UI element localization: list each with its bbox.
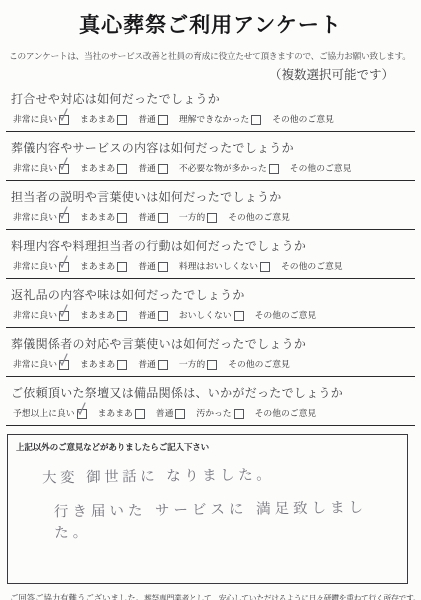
checkbox[interactable] <box>59 262 69 272</box>
divider <box>6 327 415 328</box>
checkbox[interactable] <box>158 115 168 125</box>
check-mark-icon <box>58 108 69 121</box>
check-mark-icon <box>58 353 69 366</box>
option-label: まあまあ <box>80 308 115 321</box>
divider <box>6 180 415 181</box>
other-opinion-label: その他のご意見 <box>255 308 317 321</box>
footer-company-note: 葬祭専門業者として、安心していただけるように日々研鑽を重ねて行く所存です。 <box>144 592 420 600</box>
footer-thanks-text: ご回答ご協力有難うございました。 <box>10 592 144 600</box>
check-mark-icon <box>76 402 87 415</box>
question-block-2: 葬儀内容やサービスの内容は如何だったでしょうか 非常に良い まあまあ 普通 不必… <box>9 139 412 181</box>
options-row: 非常に良い まあまあ 普通 料理はおいしくない その他のご意見 <box>13 259 412 272</box>
free-comment-box[interactable]: 上記以外のご意見などがありましたらご記入下さい 大変 御世話に なりました。 行… <box>7 434 408 584</box>
option-label: 普通 <box>138 357 156 370</box>
check-mark-icon <box>58 255 69 268</box>
checkbox[interactable] <box>59 115 69 125</box>
divider <box>6 229 415 230</box>
checkbox[interactable] <box>59 164 69 174</box>
option-label: 一方的 <box>179 210 205 223</box>
option-label: 非常に良い <box>13 210 57 223</box>
option-label: 非常に良い <box>13 308 57 321</box>
option-label: まあまあ <box>80 210 115 223</box>
checkbox[interactable] <box>135 409 145 419</box>
handwritten-comment-line-2: 行き届いた サービスに 満足致しました。 <box>54 496 400 543</box>
divider <box>6 376 415 377</box>
option-label: まあまあ <box>80 112 115 125</box>
checkbox[interactable] <box>158 360 168 370</box>
option-label: 不必要な物が多かった <box>179 161 267 174</box>
checkbox[interactable] <box>158 164 168 174</box>
checkbox[interactable] <box>59 311 69 321</box>
handwritten-comment-line-1: 大変 御世話に なりました。 <box>42 462 399 488</box>
check-mark-icon <box>58 157 69 170</box>
question-block-1: 打合せや対応は如何だったでしょうか 非常に良い まあまあ 普通 理解できなかった… <box>9 90 412 132</box>
option-label: 普通 <box>138 210 156 223</box>
option-label: 普通 <box>156 406 174 419</box>
checkbox[interactable] <box>251 115 261 125</box>
survey-document: 真心葬祭ご利用アンケート このアンケートは、当社のサービス改善と社員の育成に役立… <box>0 0 421 600</box>
option-label: 普通 <box>138 112 156 125</box>
checkbox[interactable] <box>207 360 217 370</box>
checkbox[interactable] <box>117 311 127 321</box>
footer: ご回答ご協力有難うございました。 葬祭専門業者として、安心していただけるように日… <box>9 592 412 600</box>
checkbox[interactable] <box>59 213 69 223</box>
option-label: まあまあ <box>98 406 133 419</box>
checkbox[interactable] <box>158 311 168 321</box>
option-label: 非常に良い <box>13 161 57 174</box>
options-row: 非常に良い まあまあ 普通 おいしくない その他のご意見 <box>13 308 412 321</box>
option-label: まあまあ <box>80 259 115 272</box>
checkbox[interactable] <box>117 213 127 223</box>
question-block-4: 料理内容や料理担当者の行動は如何だったでしょうか 非常に良い まあまあ 普通 料… <box>9 237 412 279</box>
checkbox[interactable] <box>260 262 270 272</box>
checkbox[interactable] <box>158 262 168 272</box>
checkbox[interactable] <box>207 213 217 223</box>
divider <box>6 278 415 279</box>
question-text: 担当者の説明や言葉使いは如何だったでしょうか <box>11 188 412 205</box>
question-block-3: 担当者の説明や言葉使いは如何だったでしょうか 非常に良い まあまあ 普通 一方的… <box>9 188 412 230</box>
option-label: 非常に良い <box>13 357 57 370</box>
divider <box>6 131 415 132</box>
option-label: 汚かった <box>196 406 231 419</box>
checkbox[interactable] <box>175 409 185 419</box>
checkbox[interactable] <box>117 164 127 174</box>
other-opinion-label: その他のご意見 <box>281 259 343 272</box>
intro-text: このアンケートは、当社のサービス改善と社員の育成に役立たせて頂きますので、ご協力… <box>9 49 412 62</box>
options-row: 非常に良い まあまあ 普通 一方的 その他のご意見 <box>13 210 412 223</box>
check-mark-icon <box>58 304 69 317</box>
option-label: 理解できなかった <box>179 112 249 125</box>
checkbox[interactable] <box>234 311 244 321</box>
option-label: 非常に良い <box>13 259 57 272</box>
other-opinion-label: その他のご意見 <box>228 210 290 223</box>
comment-box-label: 上記以外のご意見などがありましたらご記入下さい <box>16 441 399 453</box>
option-label: おいしくない <box>179 308 232 321</box>
question-list: 打合せや対応は如何だったでしょうか 非常に良い まあまあ 普通 理解できなかった… <box>9 90 412 426</box>
option-label: 普通 <box>138 259 156 272</box>
option-label: まあまあ <box>80 357 115 370</box>
option-label: 一方的 <box>179 357 205 370</box>
other-opinion-label: その他のご意見 <box>255 406 317 419</box>
checkbox[interactable] <box>77 409 87 419</box>
other-opinion-label: その他のご意見 <box>272 112 334 125</box>
other-opinion-label: その他のご意見 <box>228 357 290 370</box>
question-text: 葬儀関係者の対応や言葉使いは如何だったでしょうか <box>11 335 412 352</box>
check-mark-icon <box>58 206 69 219</box>
option-label: 非常に良い <box>13 112 57 125</box>
options-row: 非常に良い まあまあ 普通 理解できなかった その他のご意見 <box>13 112 412 125</box>
options-row: 非常に良い まあまあ 普通 一方的 その他のご意見 <box>13 357 412 370</box>
checkbox[interactable] <box>158 213 168 223</box>
option-label: 普通 <box>138 161 156 174</box>
question-text: ご依頼頂いた祭壇又は備品関係は、いかがだったでしょうか <box>11 384 412 401</box>
option-label: 予想以上に良い <box>13 406 75 419</box>
other-opinion-label: その他のご意見 <box>290 161 352 174</box>
page-title: 真心葬祭ご利用アンケート <box>9 9 412 39</box>
checkbox[interactable] <box>117 262 127 272</box>
checkbox[interactable] <box>117 115 127 125</box>
question-block-7: ご依頼頂いた祭壇又は備品関係は、いかがだったでしょうか 予想以上に良い まあまあ… <box>9 384 412 426</box>
checkbox[interactable] <box>269 164 279 174</box>
question-block-6: 葬儀関係者の対応や言葉使いは如何だったでしょうか 非常に良い まあまあ 普通 一… <box>9 335 412 377</box>
options-row: 非常に良い まあまあ 普通 不必要な物が多かった その他のご意見 <box>13 161 412 174</box>
question-text: 打合せや対応は如何だったでしょうか <box>11 90 412 107</box>
question-text: 葬儀内容やサービスの内容は如何だったでしょうか <box>11 139 412 156</box>
options-row: 予想以上に良い まあまあ 普通 汚かった その他のご意見 <box>13 406 412 419</box>
checkbox[interactable] <box>59 360 69 370</box>
question-block-5: 返礼品の内容や味は如何だったでしょうか 非常に良い まあまあ 普通 おいしくない… <box>9 286 412 328</box>
multiple-choice-note: （複数選択可能です） <box>9 65 412 83</box>
checkbox[interactable] <box>117 360 127 370</box>
option-label: 普通 <box>138 308 156 321</box>
option-label: まあまあ <box>80 161 115 174</box>
question-text: 料理内容や料理担当者の行動は如何だったでしょうか <box>11 237 412 254</box>
option-label: 料理はおいしくない <box>179 259 258 272</box>
divider <box>6 425 415 426</box>
checkbox[interactable] <box>234 409 244 419</box>
question-text: 返礼品の内容や味は如何だったでしょうか <box>11 286 412 303</box>
